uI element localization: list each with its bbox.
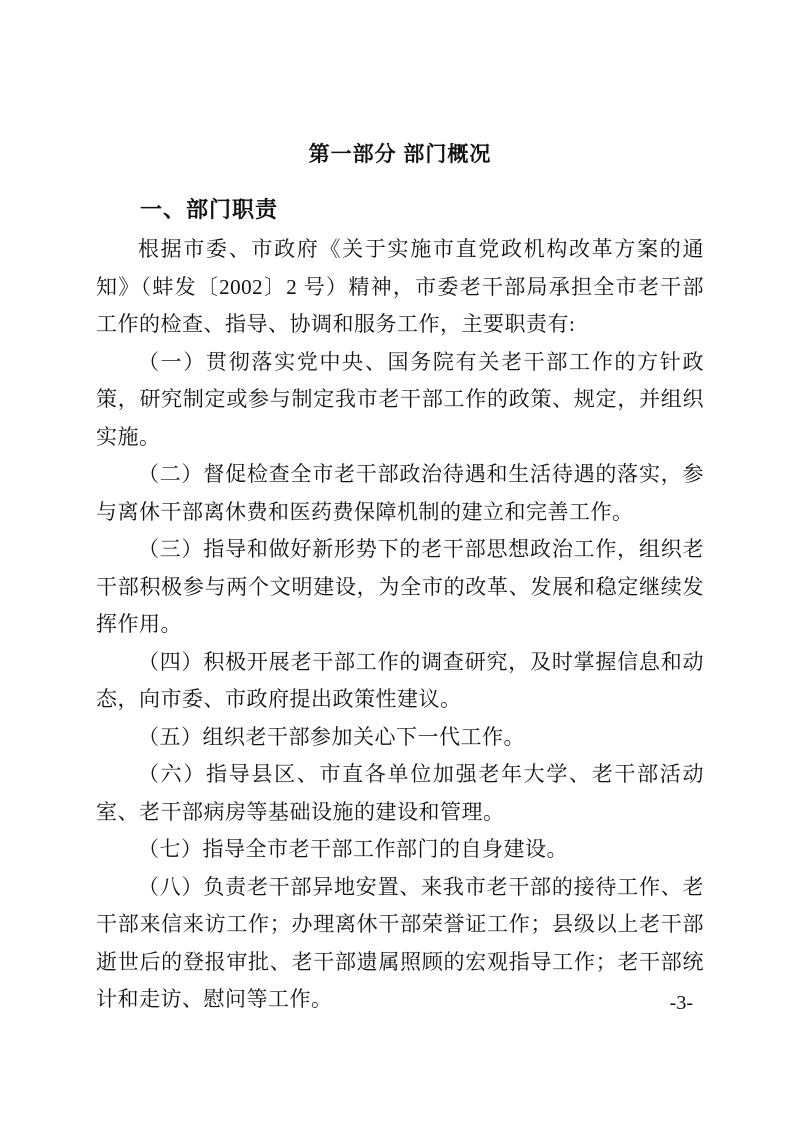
paragraph-item-5: （五）组织老干部参加关心下一代工作。	[96, 719, 704, 757]
document-body: 根据市委、市政府《关于实施市直党政机构改革方案的通知》（蚌发〔2002〕2 号）…	[96, 231, 704, 1019]
paragraph-item-6: （六）指导县区、市直各单位加强老年大学、老干部活动室、老干部病房等基础设施的建设…	[96, 756, 704, 831]
document-title: 第一部分 部门概况	[96, 141, 704, 169]
paragraph-item-4: （四）积极开展老干部工作的调查研究，及时掌握信息和动态，向市委、市政府提出政策性…	[96, 644, 704, 719]
page-number: -3-	[670, 992, 693, 1015]
paragraph-item-8: （八）负责老干部异地安置、来我市老干部的接待工作、老干部来信来访工作；办理离休干…	[96, 869, 704, 1019]
paragraph-item-1: （一）贯彻落实党中央、国务院有关老干部工作的方针政策，研究制定或参与制定我市老干…	[96, 344, 704, 457]
document-page: 第一部分 部门概况 一、部门职责 根据市委、市政府《关于实施市直党政机构改革方案…	[0, 0, 793, 1122]
paragraph-item-3: （三）指导和做好新形势下的老干部思想政治工作，组织老干部积极参与两个文明建设，为…	[96, 531, 704, 644]
paragraph-item-7: （七）指导全市老干部工作部门的自身建设。	[96, 831, 704, 869]
section-heading: 一、部门职责	[96, 196, 704, 224]
paragraph-item-2: （二）督促检查全市老干部政治待遇和生活待遇的落实，参与离休干部离休费和医药费保障…	[96, 456, 704, 531]
paragraph-intro: 根据市委、市政府《关于实施市直党政机构改革方案的通知》（蚌发〔2002〕2 号）…	[96, 231, 704, 344]
